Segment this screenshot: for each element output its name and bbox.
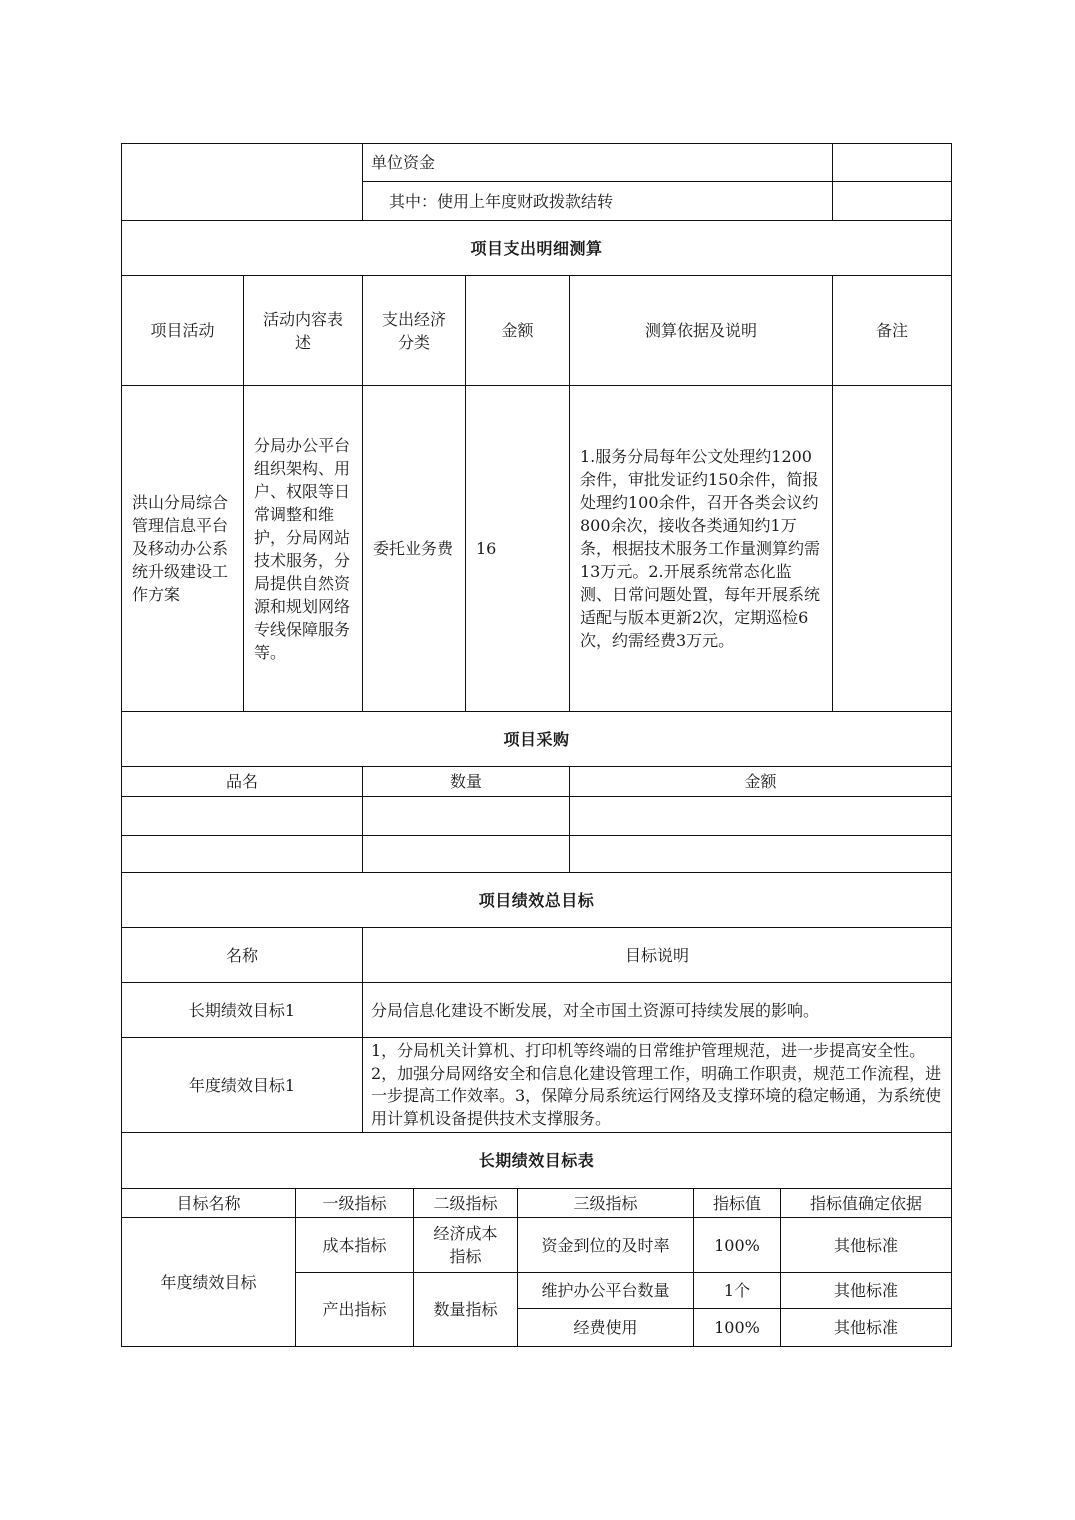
unit-funds-value [833,144,952,182]
section-title-long-term: 长期绩效目标表 [122,1133,952,1189]
expense-header-row: 项目活动 活动内容表述 支出经济分类 金额 测算依据及说明 备注 [122,276,952,386]
long-term-goals-table: 长期绩效目标表 目标名称 一级指标 二级指标 三级指标 指标值 指标值确定依据 … [121,1132,952,1347]
amount-cell: 16 [466,386,570,712]
remark-cell [833,386,952,712]
header-level2: 二级指标 [414,1189,518,1218]
activity-cell: 洪山分局综合管理信息平台及移动办公系统升级建设工作方案 [122,386,244,712]
procurement-amount [570,797,952,836]
section-title-procurement: 项目采购 [122,712,952,767]
funding-row-unit: 单位资金 [122,144,952,182]
header-remark: 备注 [833,276,952,386]
indicator-value-cell: 1个 [694,1273,781,1309]
long-term-header-row: 目标名称 一级指标 二级指标 三级指标 指标值 指标值确定依据 [122,1189,952,1218]
expense-row: 洪山分局综合管理信息平台及移动办公系统升级建设工作方案 分局办公平台组织架构、用… [122,386,952,712]
header-basis: 测算依据及说明 [570,276,833,386]
indicator-value-cell: 100% [694,1309,781,1347]
level3-cell: 资金到位的及时率 [518,1218,694,1273]
header-level3: 三级指标 [518,1189,694,1218]
content-cell: 分局办公平台组织架构、用户、权限等日常调整和维护，分局网站技术服务，分局提供自然… [244,386,363,712]
header-quantity: 数量 [363,767,570,797]
header-value-basis: 指标值确定依据 [781,1189,952,1218]
goal-description: 分局信息化建设不断发展，对全市国土资源可持续发展的影响。 [363,983,952,1038]
procurement-item-name [122,836,363,873]
level2-cell: 经济成本指标 [414,1218,518,1273]
level1-cell: 产出指标 [296,1273,414,1347]
goal-row: 长期绩效目标1 分局信息化建设不断发展，对全市国土资源可持续发展的影响。 [122,983,952,1038]
long-term-section-header: 长期绩效目标表 [122,1133,952,1189]
carryover-value [833,182,952,221]
goals-header-row: 名称 目标说明 [122,928,952,983]
header-indicator-value: 指标值 [694,1189,781,1218]
goal-name: 长期绩效目标1 [122,983,363,1038]
expense-detail-table: 单位资金 其中：使用上年度财政拨款结转 项目支出明细测算 项目活动 活动内容表述… [121,143,952,712]
section-title-expense-detail: 项目支出明细测算 [122,221,952,276]
economic-class-cell: 委托业务费 [363,386,466,712]
header-amount: 金额 [466,276,570,386]
goal-name-cell: 年度绩效目标 [122,1218,296,1347]
procurement-section-header: 项目采购 [122,712,952,767]
header-content: 活动内容表述 [244,276,363,386]
level3-cell: 经费使用 [518,1309,694,1347]
basis-cell: 1.服务分局每年公文处理约1200余件，审批发证约150余件，简报处理约100余… [570,386,833,712]
section-title-overall-goals: 项目绩效总目标 [122,873,952,928]
header-target-name: 目标名称 [122,1189,296,1218]
goal-name: 年度绩效目标1 [122,1038,363,1133]
procurement-header-row: 品名 数量 金额 [122,767,952,797]
indicator-value-cell: 100% [694,1218,781,1273]
document-page: 单位资金 其中：使用上年度财政拨款结转 项目支出明细测算 项目活动 活动内容表述… [0,0,1075,1520]
unit-funds-label: 单位资金 [363,144,833,182]
goal-description: 1，分局机关计算机、打印机等终端的日常维护管理规范，进一步提高安全性。2，加强分… [363,1038,952,1133]
header-procurement-amount: 金额 [570,767,952,797]
goal-row: 年度绩效目标1 1，分局机关计算机、打印机等终端的日常维护管理规范，进一步提高安… [122,1038,952,1133]
procurement-quantity [363,797,570,836]
header-goal-description: 目标说明 [363,928,952,983]
header-economic-class: 支出经济分类 [363,276,466,386]
expense-section-header: 项目支出明细测算 [122,221,952,276]
carryover-label: 其中：使用上年度财政拨款结转 [363,182,833,221]
value-basis-cell: 其他标准 [781,1309,952,1347]
procurement-amount [570,836,952,873]
goals-section-header: 项目绩效总目标 [122,873,952,928]
procurement-row [122,797,952,836]
level3-cell: 维护办公平台数量 [518,1273,694,1309]
header-item-name: 品名 [122,767,363,797]
value-basis-cell: 其他标准 [781,1218,952,1273]
header-activity: 项目活动 [122,276,244,386]
procurement-row [122,836,952,873]
header-goal-name: 名称 [122,928,363,983]
funding-blank-cell [122,144,363,221]
procurement-quantity [363,836,570,873]
indicator-row: 年度绩效目标 成本指标 经济成本指标 资金到位的及时率 100% 其他标准 [122,1218,952,1273]
level1-cell: 成本指标 [296,1218,414,1273]
value-basis-cell: 其他标准 [781,1273,952,1309]
procurement-item-name [122,797,363,836]
header-level1: 一级指标 [296,1189,414,1218]
level2-cell: 数量指标 [414,1273,518,1347]
procurement-goals-table: 项目采购 品名 数量 金额 项目绩效总目标 名称 目标说明 长期绩效目标1 分局… [121,711,952,1133]
